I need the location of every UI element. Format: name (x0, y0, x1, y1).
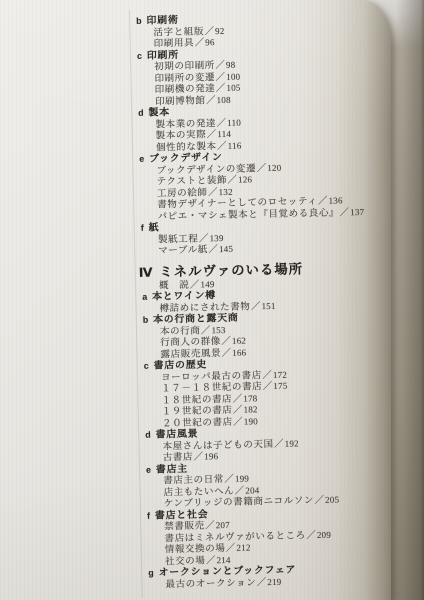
item-label: ケンブリッジの書籍商ニコルソン (164, 496, 314, 509)
item-label: 活字と組版 (153, 27, 204, 38)
item-label: テクストと装飾 (157, 176, 227, 188)
item-separator: ／ (205, 521, 215, 531)
item-label: 露店販売風景 (160, 349, 221, 360)
item-separator: ／ (233, 417, 243, 427)
item-page-number: 126 (238, 174, 252, 184)
section-letter: e (139, 154, 144, 164)
section-title: ブックデザイン (149, 152, 223, 165)
item-page-number: 108 (216, 94, 230, 104)
item-separator: ／ (227, 176, 237, 186)
item-page-number: 207 (216, 520, 230, 530)
item-label: 印刷機の発達 (155, 84, 216, 95)
item-label: 書店主の日常 (163, 475, 224, 486)
item-page-number: 151 (261, 300, 275, 310)
item-page-number: 100 (226, 71, 240, 81)
item-page-number: 149 (200, 279, 214, 289)
section-letter: b (136, 16, 142, 26)
section-title: 紙 (149, 222, 160, 233)
item-label: 製紙工程 (158, 234, 199, 245)
item-label: 行商人の群像 (160, 337, 221, 348)
item-separator: ／ (314, 496, 324, 506)
item-separator: ／ (193, 452, 203, 462)
item-separator: ／ (207, 130, 217, 140)
item-page-number: 92 (215, 25, 225, 35)
section-letter: a (142, 292, 147, 302)
item-page-number: 137 (350, 206, 364, 216)
item-label: 概 説 (159, 280, 190, 291)
item-page-number: 214 (216, 554, 230, 564)
item-separator: ／ (190, 280, 200, 290)
item-separator: ／ (217, 141, 227, 151)
item-page-number: 132 (218, 186, 232, 196)
item-page-number: 192 (285, 438, 299, 448)
item-separator: ／ (204, 27, 214, 37)
item-page-number: 162 (232, 336, 246, 346)
item-page-number: 120 (267, 162, 281, 172)
section-letter: d (138, 108, 144, 118)
item-page-number: 145 (219, 244, 233, 254)
item-page-number: 166 (232, 347, 246, 357)
item-label: 古書店 (163, 453, 194, 464)
item-separator: ／ (339, 208, 349, 218)
item-page-number: 136 (328, 195, 342, 205)
item-page-number: 199 (235, 473, 249, 483)
item-separator: ／ (274, 439, 284, 449)
section-letter: d (145, 430, 151, 440)
section-letter: g (148, 568, 154, 578)
section-title: 書店風景 (156, 429, 199, 441)
item-page-number: 190 (244, 416, 258, 426)
item-label: 製本業の発達 (155, 119, 216, 130)
item-separator: ／ (222, 348, 232, 358)
item-separator: ／ (206, 556, 216, 566)
section-title: 書店と社会 (155, 509, 209, 521)
item-page-number: 175 (273, 381, 287, 391)
item-label: 最古のオークション (165, 578, 256, 590)
item-separator: ／ (221, 337, 231, 347)
item-page-number: 204 (245, 485, 259, 495)
item-separator: ／ (257, 578, 267, 588)
item-separator: ／ (318, 197, 328, 207)
toc-page: b印刷術活字と組版／92印刷用具／96c印刷所初期の印刷所／98印刷所の変遷／1… (0, 0, 391, 600)
item-page-number: 153 (211, 324, 225, 334)
item-label: 禁書販売 (164, 521, 205, 532)
item-separator: ／ (199, 234, 209, 244)
item-label: 本の行商 (160, 326, 201, 337)
item-page-number: 205 (325, 495, 339, 505)
item-page-number: 182 (243, 404, 257, 414)
item-separator: ／ (262, 370, 272, 380)
item-separator: ／ (215, 61, 225, 71)
section-letter: c (144, 361, 149, 371)
section-letter: f (141, 223, 144, 233)
section-letter: f (147, 510, 150, 520)
item-separator: ／ (233, 406, 243, 416)
item-page-number: 139 (209, 232, 223, 242)
section-title: 本とワイン樽 (152, 290, 216, 302)
item-page-number: 110 (227, 117, 241, 127)
section-title: 印刷術 (147, 15, 179, 27)
item-separator: ／ (233, 394, 243, 404)
item-separator: ／ (263, 382, 273, 392)
item-page-number: 114 (217, 129, 231, 139)
item-separator: ／ (251, 302, 261, 312)
item-separator: ／ (215, 72, 225, 82)
section-title: 書店の歴史 (154, 359, 208, 371)
item-label: 初期の印刷所 (154, 61, 215, 72)
book-photo: b印刷術活字と組版／92印刷用具／96c印刷所初期の印刷所／98印刷所の変遷／1… (0, 0, 424, 600)
item-separator: ／ (195, 38, 205, 48)
item-label: ２０世紀の書店 (162, 417, 233, 429)
item-label: 製本の実際 (156, 130, 207, 141)
item-page-number: 178 (243, 393, 257, 403)
item-page-number: 219 (267, 576, 281, 586)
item-separator: ／ (206, 96, 216, 106)
item-label: 工房の絵師 (157, 188, 208, 199)
item-label: 情報交換の場 (165, 544, 226, 555)
item-page-number: 98 (226, 60, 236, 70)
item-separator: ／ (201, 326, 211, 336)
part-title: ミネルヴァのいる場所 (159, 261, 303, 279)
item-page-number: 105 (226, 83, 240, 93)
item-label: 印刷用具 (154, 39, 195, 50)
section-title: 印刷所 (147, 49, 179, 61)
item-page-number: 172 (273, 369, 287, 379)
item-separator: ／ (224, 475, 234, 485)
item-page-number: 196 (204, 451, 218, 461)
section-title: 書店主 (156, 463, 188, 475)
item-page-number: 116 (228, 140, 242, 150)
section-letter: c (137, 50, 142, 60)
item-separator: ／ (208, 245, 218, 255)
item-label: １９世紀の書店 (162, 406, 233, 418)
section-title: 製本 (149, 107, 171, 118)
item-separator: ／ (216, 118, 226, 128)
section-title: 本の行商と露天商 (153, 313, 239, 326)
section-letter: e (146, 464, 151, 474)
part-numeral: Ⅳ (139, 265, 153, 279)
item-separator: ／ (208, 188, 218, 198)
item-label: 印刷博物館 (155, 96, 206, 107)
item-page-number: 212 (236, 542, 250, 552)
toc-text-block: b印刷術活字と組版／92印刷用具／96c印刷所初期の印刷所／98印刷所の変遷／1… (129, 4, 411, 598)
item-page-number: 209 (317, 529, 331, 539)
item-separator: ／ (226, 544, 236, 554)
item-label: 社交の場 (165, 556, 206, 567)
item-label: 印刷所の変遷 (154, 73, 215, 84)
item-label: マーブル紙 (158, 245, 208, 256)
section-letter: b (143, 315, 149, 325)
item-separator: ／ (216, 84, 226, 94)
item-separator: ／ (257, 164, 267, 174)
item-label: 個性的な製本 (156, 142, 217, 153)
item-label: 本屋さんは子どもの天国 (162, 439, 273, 451)
item-separator: ／ (306, 531, 316, 541)
item-page-number: 96 (205, 37, 215, 47)
item-separator: ／ (235, 486, 245, 496)
